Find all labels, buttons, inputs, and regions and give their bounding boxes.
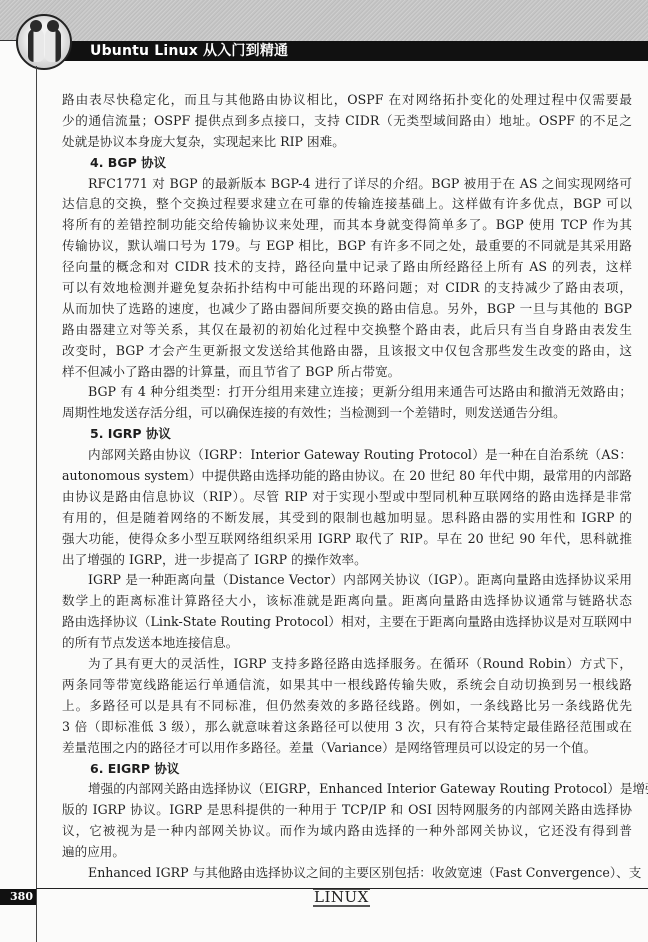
section-heading: 6. EIGRP 协议 [62,759,632,780]
penguin-icon [45,28,61,62]
book-title: Ubuntu Linux 从入门到精通 [90,41,288,61]
paragraph-line: 内部网关路由协议（IGRP：Interior Gateway Routing P… [62,445,632,466]
penguin-icon [28,28,44,62]
paragraph-line: 上。多路径可以是具有不同标准，但仍然奏效的多路径线路。例如，一条线路比另一条线路… [62,696,632,717]
paragraph-line: 版的 IGRP 协议。IGRP 是思科提供的一种用于 TCP/IP 和 OSI … [62,800,632,821]
header-texture [0,0,648,41]
paragraph-line: 周期性地发送存活分组，可以确保连接的有效性；当检测到一个差错时，则发送通告分组。 [62,403,632,424]
section-heading: 5. IGRP 协议 [62,424,632,445]
paragraph-line: 遍的应用。 [62,842,632,863]
section-heading: 4. BGP 协议 [62,153,632,174]
paragraph-line: 增强的内部网关路由选择协议（EIGRP，Enhanced Interior Ga… [62,779,632,800]
paragraph-line: autonomous system）中提供路由选择功能的路由协议。在 20 世纪… [62,466,632,487]
margin-rule [36,66,37,942]
page-body: 路由表尽快稳定化，而且与其他路由协议相比，OSPF 在对网络拓扑变化的处理过程中… [62,90,632,884]
paragraph-line: 3 倍（即标准低 3 级），那么就意味着这条路径可以使用 3 次，只有符合某特定… [62,717,632,738]
paragraph-line: RFC1771 对 BGP 的最新版本 BGP-4 进行了详尽的介绍。BGP 被… [62,174,632,195]
paragraph-line: 将所有的差错控制功能交给传输协议来处理，而其本身就变得简单多了。BGP 使用 T… [62,215,632,236]
paragraph-line: 样不但减小了路由器的计算量，而且节省了 BGP 所占带宽。 [62,362,632,383]
paragraph-line: 差量范围之内的路径才可以用作多路径。差量（Variance）是网络管理员可以设定… [62,738,632,759]
paragraph-line: 为了具有更大的灵活性，IGRP 支持多路径路由选择服务。在循环（Round Ro… [62,654,632,675]
paragraph-line: 路由选择协议（Link-State Routing Protocol）相对，主要… [62,612,632,633]
linux-logo: LINUX [313,889,370,907]
paragraph-line: 路由表尽快稳定化，而且与其他路由协议相比，OSPF 在对网络拓扑变化的处理过程中… [62,90,632,111]
paragraph-line: 处就是协议本身庞大复杂，实现起来比 RIP 困难。 [62,132,632,153]
paragraph-line: IGRP 是一种距离向量（Distance Vector）内部网关协议（IGP）… [62,570,632,591]
paragraph-line: 数学上的距离标准计算路径大小，该标准就是距离向量。距离向量路由选择协议通常与链路… [62,591,632,612]
paragraph-line: 两条同等带宽线路能运行单通信流，如果其中一根线路传输失败，系统会自动切换到另一根… [62,675,632,696]
penguin-logo-icon [16,14,72,70]
paragraph-line: 的所有节点发送本地连接信息。 [62,633,632,654]
page-number: 380 [0,889,36,905]
paragraph-line: 改变时，BGP 才会产生更新报文发送给其他路由器，且该报文中仅包含那些发生改变的… [62,341,632,362]
paragraph-line: 从而加快了选路的速度，也减少了路由器间所要交换的路由信息。另外，BGP 一旦与其… [62,299,632,320]
paragraph-line: 传输协议，默认端口号为 179。与 EGP 相比，BGP 有许多不同之处，最重要… [62,236,632,257]
paragraph-line: 少的通信流量；OSPF 提供点到多点接口，支持 CIDR（无类型域间路由）地址。… [62,111,632,132]
paragraph-line: 强大功能，使得众多小型互联网络组织采用 IGRP 取代了 RIP。早在 20 世… [62,529,632,550]
paragraph-line: 径向量的概念和对 CIDR 技术的支持，路径向量中记录了路由所经路径上所有 AS… [62,257,632,278]
paragraph-line: 出了增强的 IGRP，进一步提高了 IGRP 的操作效率。 [62,550,632,571]
paragraph-line: 议，它被视为是一种内部网关协议。而作为域内路由选择的一种外部网关协议，它还没有得… [62,821,632,842]
paragraph-line: 路由器建立对等关系，其仅在最初的初始化过程中交换整个路由表，此后只有当自身路由表… [62,320,632,341]
paragraph-line: Enhanced IGRP 与其他路由选择协议之间的主要区别包括：收敛宽速（Fa… [62,863,632,884]
paragraph-line: BGP 有 4 种分组类型：打开分组用来建立连接；更新分组用来通告可达路由和撤消… [62,382,632,403]
paragraph-line: 可以有效地检测并避免复杂拓扑结构中可能出现的环路问题；对 CIDR 的支持减少了… [62,278,632,299]
paragraph-line: 有用的，但是随着网络的不断发展，其受到的限制也越加明显。思科路由器的实用性和 I… [62,508,632,529]
paragraph-line: 由协议是路由信息协议（RIP）。尽管 RIP 对于实现小型或中型同机种互联网络的… [62,487,632,508]
paragraph-line: 达信息的交换，整个交换过程要求建立在可靠的传输连接基础上。这样做有许多优点，BG… [62,194,632,215]
